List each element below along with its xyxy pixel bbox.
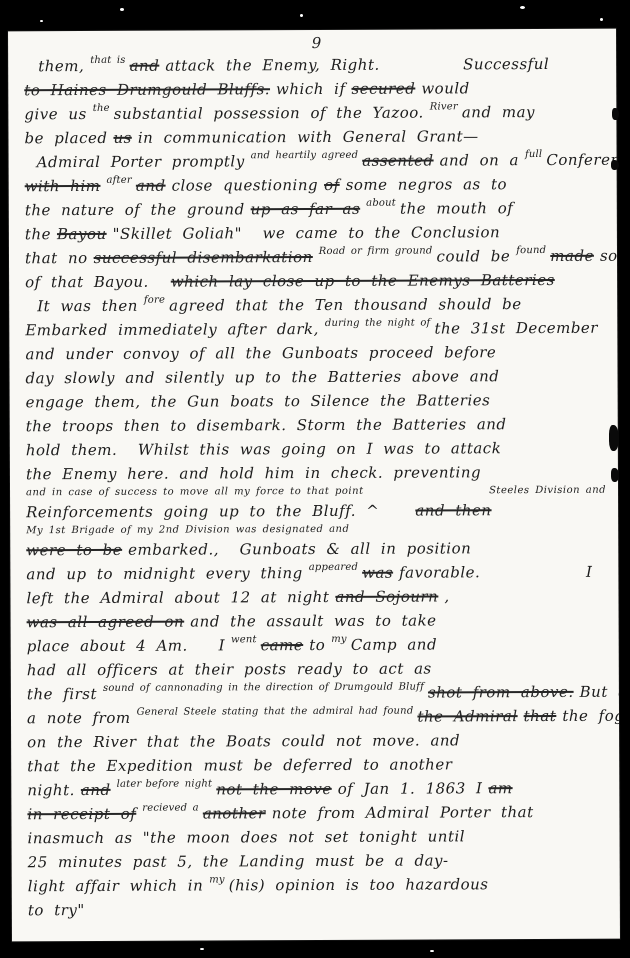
strikethrough-text: another <box>203 801 266 825</box>
handwriting-text: the troops then to disembark. Storm the … <box>26 412 507 438</box>
manuscript-line: the troops then to disembark. Storm the … <box>26 412 612 439</box>
manuscript-line: that nosuccessful disembarkationRoad or … <box>25 244 611 271</box>
interlined-text: and heartily agreed <box>251 144 359 168</box>
paper-edge-blemish <box>611 160 619 170</box>
handwriting-text: attack the Enemy, Right. <box>165 53 380 78</box>
handwriting-text: It was then <box>37 294 138 318</box>
handwriting-text: and up to midnight every thing <box>26 561 302 586</box>
manuscript-line: with himafterandclose questioningofsome … <box>25 172 611 199</box>
manuscript-line: left the Admiral about 12 at nightand So… <box>26 584 612 611</box>
manuscript-line: hold them. Whilst this was going on I wa… <box>26 436 612 463</box>
handwriting-text: But about daylight <box>580 679 620 704</box>
scan-speck <box>600 18 603 21</box>
interlined-text: that is <box>90 49 125 73</box>
strikethrough-text: was all agreed on <box>27 610 185 635</box>
handwriting-text: Steeles Division and <box>489 484 606 499</box>
handwriting-text: to try" <box>28 898 85 922</box>
handwriting-text: the 31st December <box>434 316 598 341</box>
handwriting-text: "Skillet Goliah" we came to the Conclusi… <box>113 220 501 246</box>
scan-speck <box>430 950 434 952</box>
manuscript-line: night.andlaterbefore nightnot the moveof… <box>27 776 613 803</box>
handwriting-text: a note from <box>27 706 131 730</box>
handwriting-text: the <box>25 222 51 246</box>
interlined-text: recieved a <box>142 797 199 821</box>
manuscript-paper: 9 them,that isandattack the Enemy, Right… <box>8 29 620 942</box>
interlined-text: fore <box>144 289 165 313</box>
handwriting-text: and in case of success to move all my fo… <box>26 485 364 500</box>
handwriting-text: note from Admiral Porter that <box>272 800 534 825</box>
manuscript-line: engage them, the Gun boats to Silence th… <box>26 388 612 415</box>
handwriting-text: favorable. <box>399 560 480 584</box>
interlined-text: after <box>106 169 131 193</box>
interlined-text: sound of cannonading in the direction of… <box>103 676 424 701</box>
interlined-text: General Steele stating that the admiral … <box>137 700 414 725</box>
handwriting-text: I <box>586 560 593 584</box>
scan-speck <box>40 20 43 22</box>
handwriting-text: the Enemy here. and hold him in check. p… <box>26 460 481 486</box>
strikethrough-text: the Admiral <box>417 704 517 728</box>
paper-edge-blemish <box>612 108 619 120</box>
manuscript-line: Reinforcements going up to the Bluff. ^a… <box>26 498 612 525</box>
manuscript-line: 25 minutes past 5, the Landing must be a… <box>28 848 614 875</box>
handwriting-text: night. <box>27 778 75 802</box>
strikethrough-text: of <box>324 173 340 197</box>
interlined-text: about <box>366 192 396 216</box>
handwriting-text: Successful <box>463 52 549 76</box>
strikethrough-text: were to be <box>26 538 122 562</box>
handwriting-text: them, <box>38 54 84 78</box>
strikethrough-text: up as far as <box>251 197 361 221</box>
interlined-text: Road or firm ground <box>319 239 433 263</box>
strikethrough-text: that <box>524 704 557 728</box>
strikethrough-text: which lay close up to the Enemys Batteri… <box>171 268 555 294</box>
scan-speck <box>200 948 204 950</box>
scanned-page: 9 them,that isandattack the Enemy, Right… <box>0 0 630 958</box>
interlined-text: found <box>516 239 546 263</box>
handwriting-text: Admiral Porter promptly <box>37 149 245 174</box>
handwriting-text: Embarked immediately after dark, <box>25 317 319 342</box>
handwriting-text: engage them, the Gun boats to Silence th… <box>26 388 491 414</box>
handwriting-text: the mouth of <box>400 196 513 220</box>
strikethrough-text: and Sojourn <box>335 584 438 608</box>
interlined-text: full <box>525 143 542 167</box>
handwriting-text: the first <box>27 682 97 706</box>
interlined-text: River <box>430 95 458 119</box>
strikethrough-text: and <box>136 174 166 198</box>
manuscript-line: the nature of the groundup as far asabou… <box>25 196 611 223</box>
manuscript-line: place about 4 Am. IwentcametomyCamp and <box>27 632 613 659</box>
strikethrough-text: and then <box>415 498 491 522</box>
manuscript-line: inasmuch as "the moon does not set tonig… <box>27 824 613 851</box>
strikethrough-text: and <box>81 778 111 802</box>
handwriting-text: of Jan 1. 1863 I <box>338 776 483 801</box>
manuscript-line: and up to midnight every thingappearedwa… <box>26 560 612 587</box>
strikethrough-text: not the move <box>216 777 332 802</box>
handwriting-text: that the Expedition must be deferred to … <box>27 752 452 778</box>
handwriting-text: give us <box>24 102 86 126</box>
handwriting-text: to <box>309 633 325 657</box>
interlined-text: later <box>117 773 142 797</box>
handwriting-text: and the assault was to take <box>190 608 436 633</box>
handwriting-text: could be <box>436 244 510 268</box>
handwriting-text: the nature of the ground <box>25 197 245 222</box>
interlined-text: my <box>209 868 225 892</box>
handwriting-text: south <box>600 244 620 268</box>
strikethrough-text: successful disembarkation <box>94 245 313 270</box>
strikethrough-text: assented <box>362 148 433 172</box>
handwriting-text: of that Bayou. <box>25 270 149 295</box>
manuscript-line: was all agreed onand the assault was to … <box>27 608 613 635</box>
strikethrough-text: made <box>550 244 594 268</box>
strikethrough-text: Bayou <box>57 222 107 246</box>
manuscript-line: the Enemy here. and hold him in check. p… <box>26 460 612 487</box>
manuscript-line: give usthesubstantial possession of the … <box>24 100 610 127</box>
strikethrough-text: with him <box>25 174 101 198</box>
handwriting-text: be placed <box>24 126 107 150</box>
handwriting-text: day slowly and silently up to the Batter… <box>25 364 499 390</box>
handwriting-text: on the River that the Boats could not mo… <box>27 728 460 754</box>
handwriting-text: , <box>444 584 449 608</box>
handwriting-text: substantial possession of the Yazoo. <box>114 101 424 126</box>
manuscript-line: to try" <box>28 896 614 923</box>
strikethrough-text: secured <box>351 77 415 101</box>
handwriting-text: left the Admiral about 12 at night <box>26 585 329 610</box>
strikethrough-text: to Haines Drumgould Bluffs. <box>24 77 270 102</box>
manuscript-line: in receipt ofrecieved aanothernote from … <box>27 800 613 827</box>
strikethrough-text: and <box>130 54 160 78</box>
handwriting-text: 25 minutes past 5, the Landing must be a… <box>28 848 449 874</box>
strikethrough-text: am <box>488 776 512 800</box>
manuscript-line: them,that isandattack the Enemy, Right.S… <box>24 52 610 79</box>
line-gap <box>370 493 489 494</box>
scan-speck <box>520 6 525 9</box>
interlined-text: my <box>331 628 347 652</box>
manuscript-line: to Haines Drumgould Bluffs.which ifsecur… <box>24 76 610 103</box>
manuscript-line: that the Expedition must be deferred to … <box>27 752 613 779</box>
handwriting-text: and under convoy of all the Gunboats pro… <box>25 340 496 366</box>
interlined-text: appeared <box>309 556 358 580</box>
manuscript-line: light affair which inmy(his) opinion is … <box>28 872 614 899</box>
strikethrough-text: was <box>362 561 393 585</box>
manuscript: them,that isandattack the Enemy, Right.S… <box>24 52 614 923</box>
manuscript-line: It was thenforeagreed that the Ten thous… <box>25 292 611 319</box>
handwriting-text: Conference <box>546 148 620 172</box>
manuscript-line: Embarked immediately after dark,during t… <box>25 316 611 343</box>
handwriting-text: place about 4 Am. I <box>27 633 225 658</box>
handwriting-text: embarked., Gunboats & all in position <box>128 536 471 561</box>
interlined-text: went <box>231 628 257 652</box>
paper-edge-blemish <box>609 425 619 451</box>
handwriting-text: My 1st Brigade of my 2nd Division was de… <box>26 523 349 538</box>
handwriting-text: and on a <box>440 148 519 172</box>
handwriting-text: which if <box>276 77 346 101</box>
handwriting-text: light affair which in <box>28 873 204 898</box>
strikethrough-text: in receipt of <box>27 802 136 826</box>
scan-speck <box>120 8 124 11</box>
strikethrough-text: us <box>113 126 131 150</box>
manuscript-line: of that Bayou.which lay close up to the … <box>25 268 611 295</box>
interlined-text: during the night of <box>325 311 431 335</box>
handwriting-text: that no <box>25 246 88 270</box>
manuscript-line: on the River that the Boats could not mo… <box>27 728 613 755</box>
handwriting-text: close questioning <box>172 173 319 198</box>
strikethrough-text: came <box>261 633 304 657</box>
handwriting-text: inasmuch as "the moon does not set tonig… <box>27 824 465 850</box>
handwriting-text: (his) opinion is too hazardous <box>229 872 489 897</box>
manuscript-line: and in case of success to move all my fo… <box>26 484 612 501</box>
handwriting-text: hold them. Whilst this was going on I wa… <box>26 436 502 462</box>
handwriting-text: the fog <box>562 704 620 728</box>
manuscript-line: a note fromGeneral Steele stating that t… <box>27 704 613 731</box>
handwriting-text: and may <box>462 100 535 124</box>
paper-edge-blemish <box>611 468 619 482</box>
strikethrough-text: shot from above. <box>428 680 574 705</box>
manuscript-line: day slowly and silently up to the Batter… <box>25 364 611 391</box>
manuscript-line: and under convoy of all the Gunboats pro… <box>25 340 611 367</box>
interlined-text: before night <box>145 772 212 796</box>
interlined-text: the <box>93 97 110 121</box>
handwriting-text: Camp and <box>351 632 437 656</box>
scan-speck <box>300 14 303 17</box>
handwriting-text: Reinforcements going up to the Bluff. ^ <box>26 499 379 525</box>
